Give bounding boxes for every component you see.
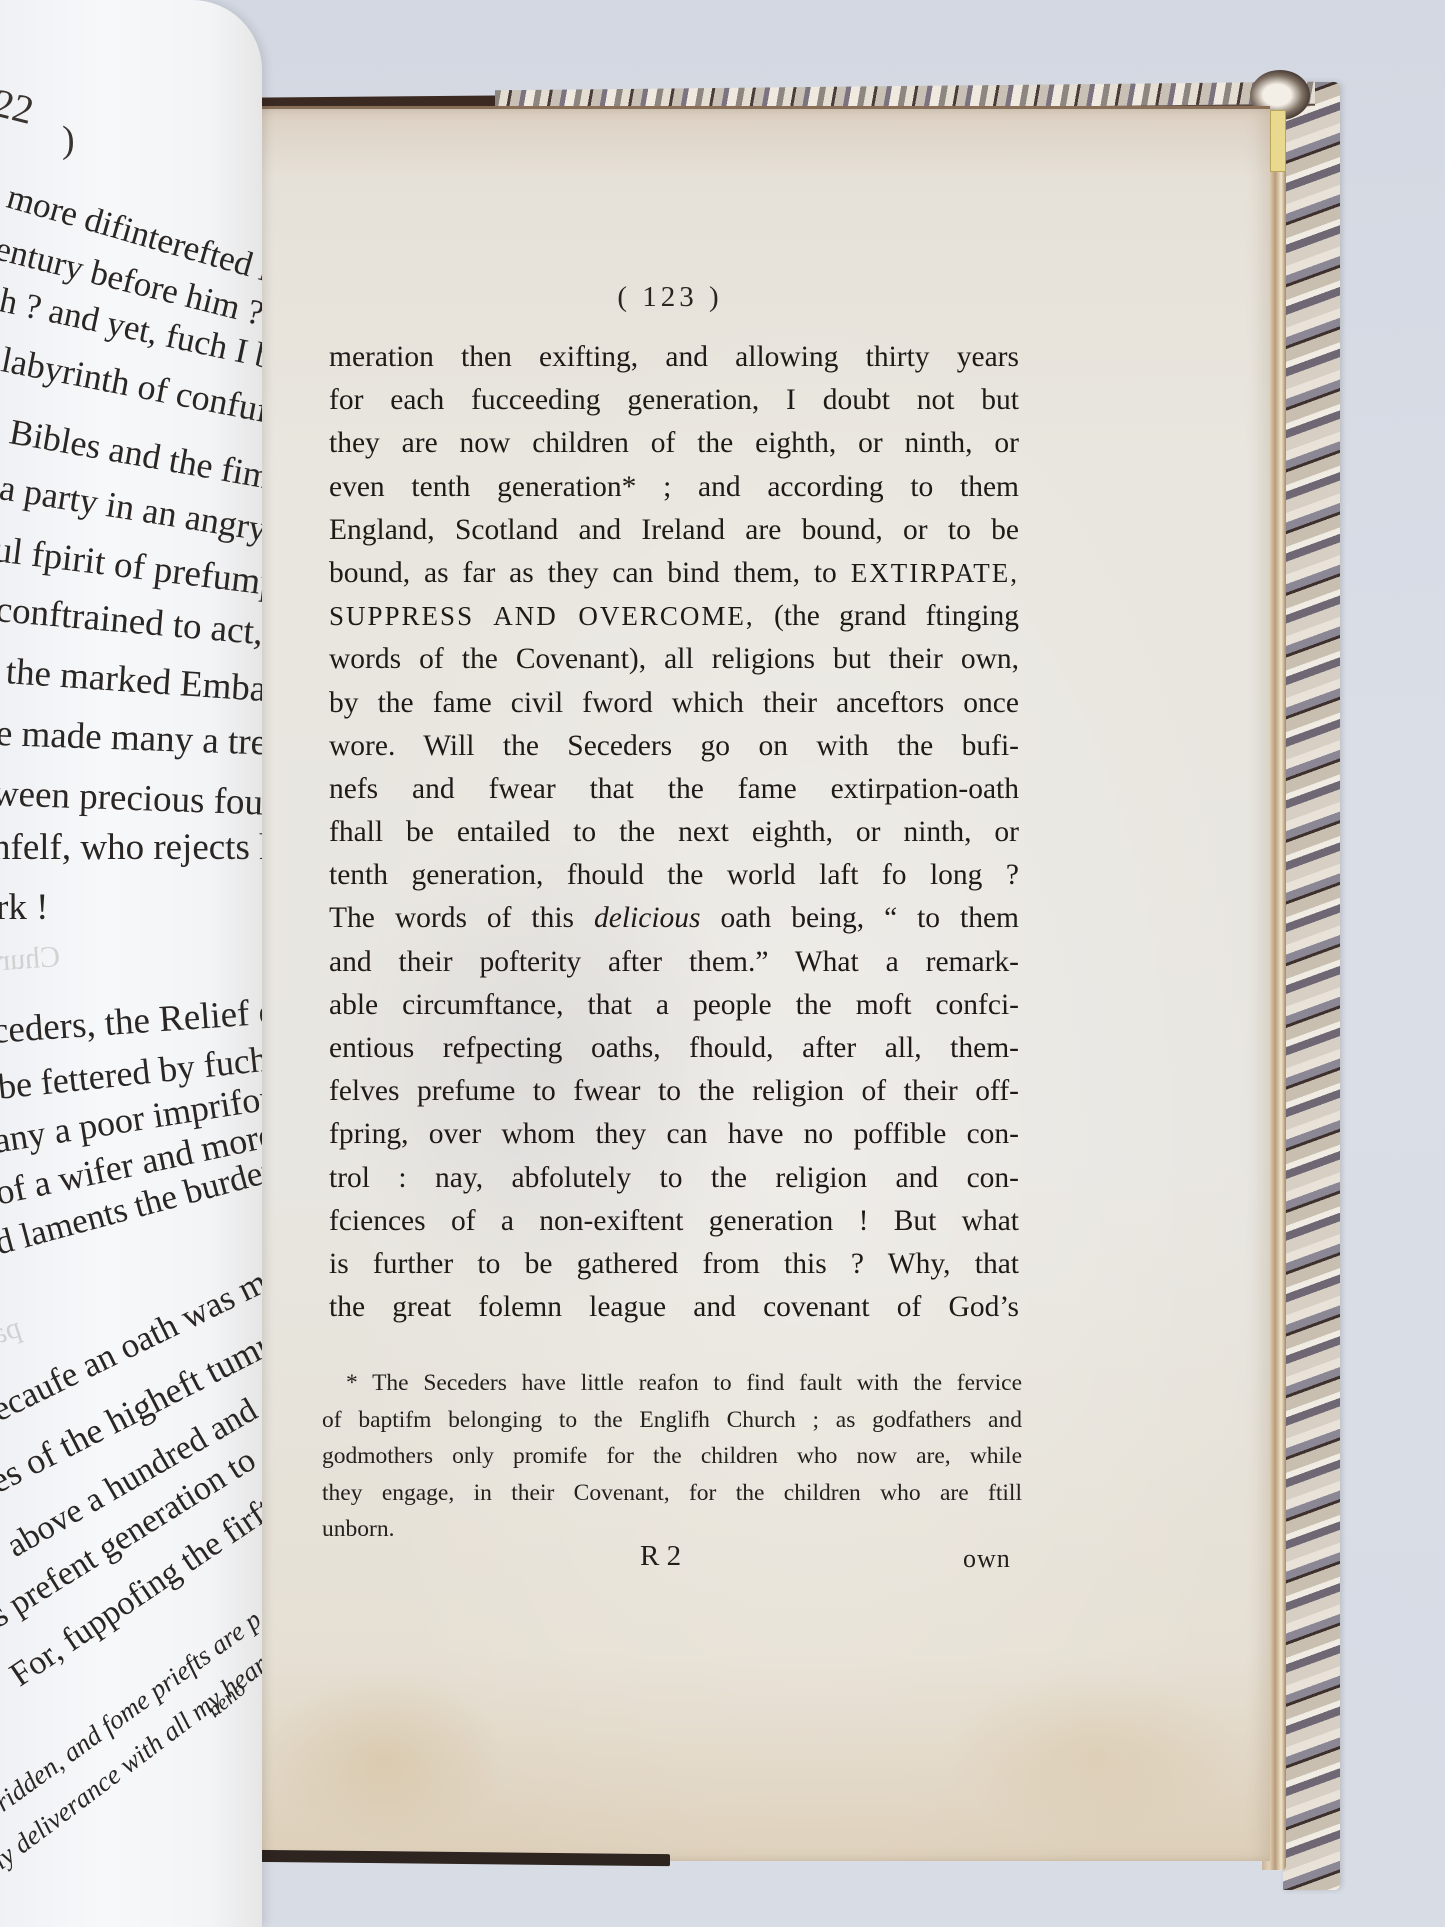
page-number-header: ( 123 ) <box>560 281 780 314</box>
text-line: by the fame civil fword which their ance… <box>329 682 1019 725</box>
text-line: for each fucceeding generation, I doubt … <box>329 379 1019 422</box>
footnote: * The Seceders have little reafon to fin… <box>322 1365 1022 1548</box>
footnote-line: of baptifm belonging to the Englifh Chur… <box>322 1402 1022 1439</box>
small-caps-emphasis: SUPPRESS AND OVERCOME, <box>329 601 755 631</box>
foxing-stain <box>945 1669 1245 1839</box>
text-line: entious refpecting oaths, fhould, after … <box>329 1027 1019 1070</box>
text-line: SUPPRESS AND OVERCOME, (the grand ftingi… <box>329 595 1019 638</box>
text-line: meration then exifting, and allowing thi… <box>329 336 1019 379</box>
left-header-paren: ) <box>62 118 75 162</box>
text-line: fciences of a non-exiftent generation ! … <box>329 1200 1019 1243</box>
left-text-line: rk ! <box>0 886 48 929</box>
left-text-line: nfelf, who rejects him, b <box>0 826 262 869</box>
text-segment: oath being, “ to them <box>720 902 1019 934</box>
text-line: they are now children of the eighth, or … <box>329 422 1019 465</box>
footnote-line: * The Seceders have little reafon to fin… <box>322 1365 1022 1402</box>
italic-emphasis: delicious <box>594 902 701 934</box>
text-line: even tenth generation* ; and according t… <box>329 466 1019 509</box>
text-line: trol : nay, abfolutely to the religion a… <box>329 1157 1019 1200</box>
footnote-line: they engage, in their Covenant, for the … <box>322 1475 1022 1512</box>
footnote-line: godmothers only promife for the children… <box>322 1438 1022 1475</box>
text-line: wore. Will the Seceders go on with the b… <box>329 725 1019 768</box>
text-line: fhall be entailed to the next eighth, or… <box>329 811 1019 854</box>
left-text-line: the marked Embaffado <box>5 650 262 716</box>
text-line: is further to be gathered from this ? Wh… <box>329 1243 1019 1286</box>
text-line: bound, as far as they can bind them, to … <box>329 552 1019 595</box>
text-segment: bound, as far as they can bind them, to <box>329 557 837 589</box>
text-segment: (the grand ftinging <box>774 600 1019 632</box>
text-line: tenth generation, fhould the world laft … <box>329 854 1019 897</box>
marbled-board-edge <box>1283 82 1340 1890</box>
signature-mark: R 2 <box>640 1540 681 1573</box>
bookmark-tab <box>1270 110 1286 172</box>
text-segment: The words of this <box>329 902 574 934</box>
text-line: The words of this delicious oath being, … <box>329 897 1019 940</box>
catchword: own <box>963 1544 1011 1574</box>
text-line: England, Scotland and Ireland are bound,… <box>329 509 1019 552</box>
text-line: the great folemn league and covenant of … <box>329 1286 1019 1329</box>
foxing-stain <box>265 1669 505 1849</box>
text-line: and their pofterity after them.” What a … <box>329 941 1019 984</box>
left-page: 22 ) more difinterefted luti entury befo… <box>0 0 262 1927</box>
text-line: able circumftance, that a people the mof… <box>329 984 1019 1027</box>
left-page-number: 22 <box>0 79 38 134</box>
main-text-block: meration then exifting, and allowing thi… <box>329 336 1019 1329</box>
text-line: nefs and fwear that the fame extirpation… <box>329 768 1019 811</box>
text-line: fpring, over whom they can have no poffi… <box>329 1113 1019 1156</box>
text-line: words of the Covenant), all religions bu… <box>329 638 1019 681</box>
show-through-text: Church of God <box>0 940 61 986</box>
left-text-line: ween precious fouls, wh <box>0 772 262 828</box>
small-caps-emphasis: EXTIRPATE, <box>851 558 1019 588</box>
left-text-line: e made many a treaty <box>0 712 262 766</box>
text-line: felves prefume to fwear to the religion … <box>329 1070 1019 1113</box>
